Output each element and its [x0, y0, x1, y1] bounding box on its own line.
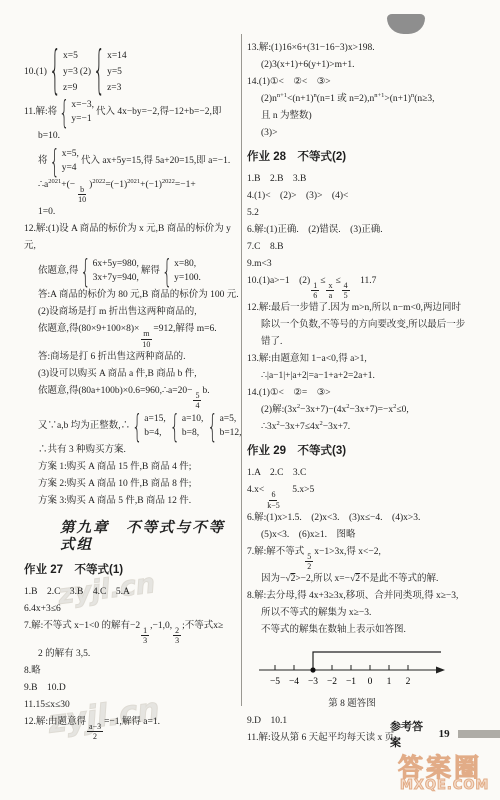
- answer-line: 1.B 2.C 3.B 4.C 5.A: [24, 584, 240, 601]
- answer-line: 7.C 8.B: [247, 239, 493, 256]
- closed-endpoint-dot: [310, 668, 315, 673]
- homework-29-heading: 作业 29 不等式(3): [247, 443, 493, 460]
- answer-line: 错了.: [247, 334, 493, 351]
- page-number: 19: [439, 728, 450, 740]
- tick-label: −4: [289, 677, 299, 687]
- answer-line: (2)3(x+1)+6(y+1)>m+1.: [247, 57, 493, 74]
- homework-28-heading: 作业 28 不等式(2): [247, 149, 493, 166]
- tick-label: 2: [406, 677, 411, 687]
- answer-line: 方案 3:购买 A 商品 5 件,B 商品 12 件.: [24, 493, 240, 510]
- answer-item-12: 12.解:(1)设 A 商品的标价为 x 元,B 商品的标价为 y 元,: [24, 221, 240, 255]
- brace-glyph: {: [132, 409, 142, 443]
- answer-line: 13.解:由题意知 1−a<0,得 a>1,: [247, 351, 493, 368]
- answer-line: 依题意,得(80a+100b)×0.6=960,∴a=20−54b.: [24, 383, 240, 410]
- answer-line: 14.(1)①< ②= ③>: [247, 385, 493, 402]
- equation-system: {x=5y=3z=9: [49, 48, 78, 96]
- brace-glyph: {: [170, 409, 180, 443]
- equation-system: {x=14y=5z=3: [93, 48, 127, 96]
- equation-system: {x=5,y=4: [50, 147, 79, 175]
- footer-bar: [458, 730, 500, 738]
- brace-glyph: {: [162, 254, 172, 288]
- chapter-heading: 第九章 不等式与不等式组: [24, 520, 240, 554]
- tick-label: 1: [387, 677, 392, 687]
- brace-glyph: {: [80, 254, 90, 288]
- answer-item-10: 10.(1) {x=5y=3z=9 (2) {x=14y=5z=3: [24, 48, 240, 96]
- answer-line: 9.m<3: [247, 256, 493, 273]
- answer-line: 1.B 2.B 3.B: [247, 171, 493, 188]
- answer-line: ∴|a−1|+|a+2|=a−1+a+2=2a+1.: [247, 368, 493, 385]
- answer-text: (2): [80, 64, 91, 81]
- brace-glyph: {: [50, 144, 60, 178]
- answer-line: 不等式的解集在数轴上表示如答图.: [247, 622, 493, 639]
- answer-line: 将 {x=5,y=4 代入 ax+5y=15,得 5a+20=15,即 a=−1…: [24, 147, 240, 175]
- answer-text: 将: [38, 153, 48, 170]
- footer-label: 参考答案: [390, 718, 431, 750]
- answer-line: 6.解:(1)正确. (2)错误. (3)正确.: [247, 222, 493, 239]
- answer-line: ∴a2021+(−b10)2022=(−1)2021+(−1)2022=−1+: [24, 177, 240, 204]
- tick-label: −3: [308, 677, 318, 687]
- brace-glyph: {: [93, 49, 105, 95]
- answer-line: 又∵a,b 均为正整数,∴ {a=15,b=4, {a=10,b=8, {a=5…: [24, 412, 240, 440]
- brace-glyph: {: [59, 95, 69, 129]
- answer-line: 答:商场是打 6 折出售这两种商品的.: [24, 349, 240, 366]
- equation-system: {6x+5y=980,3x+7y=940,: [80, 257, 139, 285]
- equation-system: {a=10,b=8,: [170, 412, 204, 440]
- answer-line: 12.解:由题意得a−32=−1,解得 a=1.: [24, 714, 240, 741]
- right-column: 13.解:(1)16×6+(31−16−3)x>198. (2)3(x+1)+6…: [247, 40, 493, 747]
- answer-text: 11.解:将: [24, 104, 57, 121]
- equation-system: {a=15,b=4,: [132, 412, 166, 440]
- answer-line: 方案 1:购买 A 商品 15 件,B 商品 4 件;: [24, 459, 240, 476]
- answer-text: 10.(1): [24, 64, 47, 81]
- numberline-figure: −5 −4 −3 −2 −1 0 1 2: [253, 643, 493, 696]
- answer-line: (2)解:(3x2−3x+7)−(4x2−3x+7)=−x2≤0,: [247, 402, 493, 419]
- answer-line: (5)x<3. (6)x≥1. 图略: [247, 527, 493, 544]
- page-footer: 参考答案 19: [390, 718, 500, 750]
- tick-label: 0: [368, 677, 373, 687]
- brace-glyph: {: [207, 409, 217, 443]
- answer-line: 8.略: [24, 663, 240, 680]
- brace-glyph: {: [49, 49, 61, 95]
- stamp-watermark-site: MXQE.COM: [400, 778, 489, 793]
- answer-item-11: 11.解:将 {x=−3,y=−1 代入 4x−by=−2,得−12+b=−2,…: [24, 98, 240, 126]
- answer-line: (3)>: [247, 125, 493, 142]
- answer-item-13: 13.解:(1)16×6+(31−16−3)x>198.: [247, 40, 493, 57]
- tick-label: −5: [270, 677, 280, 687]
- answer-line: 答:A 商品的标价为 80 元,B 商品的标价为 100 元.: [24, 287, 240, 304]
- answer-line: 10.(1)a>−1 (2)16≤xa≤45 11.7: [247, 273, 493, 300]
- answer-line: 4.x<6k−5 5.x>5: [247, 482, 493, 509]
- answer-line: (2)设商场是打 m 折出售这两种商品的,: [24, 304, 240, 321]
- axis-arrowhead: [436, 667, 445, 674]
- left-column: 10.(1) {x=5y=3z=9 (2) {x=14y=5z=3 11.解:将…: [24, 46, 240, 741]
- answer-line: 1.A 2.C 3.C: [247, 465, 493, 482]
- answer-line: 2 的解有 3,5.: [24, 646, 240, 663]
- answer-line: 8.解:去分母,得 4x+3≥3x,移项、合并同类项,得 x≥−3,: [247, 588, 493, 605]
- equation-system: {x=−3,y=−1: [59, 98, 94, 126]
- answer-line: 12.解:最后一步错了.因为 m>n,所以 n−m<0,两边同时: [247, 300, 493, 317]
- scan-smudge: [387, 14, 425, 34]
- figure-caption: 第 8 题答图: [247, 696, 457, 713]
- answer-line: 依题意,得(80×9+100×8)×m10=912,解得 m=6.: [24, 321, 240, 348]
- answer-text: 又∵a,b 均为正整数,∴: [38, 418, 130, 435]
- tick-label: −1: [346, 677, 356, 687]
- answer-line: 除以一个负数,不等号的方向要改变,所以最后一步: [247, 317, 493, 334]
- answer-line: 依题意,得 {6x+5y=980,3x+7y=940, 解得 {x=80,y=1…: [24, 257, 240, 285]
- scanned-answer-page: zyjl.cn zyjl.cn 答案圈 MXQE.COM 10.(1) {x=5…: [0, 0, 500, 800]
- answer-line: 因为−√2>−2,所以 x=−√2不是此不等式的解.: [247, 571, 493, 588]
- homework-27-heading: 作业 27 不等式(1): [24, 562, 240, 579]
- answer-line: 所以不等式的解集为 x≥−3.: [247, 605, 493, 622]
- answer-line: (2)nn+1<(n+1)n(n=1 或 n=2),nn+1>(n+1)n(n≥…: [247, 91, 493, 108]
- equation-system: {a=5,b=12,: [207, 412, 241, 440]
- answer-line: 6.4x+3≤6: [24, 601, 240, 618]
- answer-text: 依题意,得: [38, 263, 78, 280]
- answer-line: 9.B 10.D: [24, 680, 240, 697]
- tick-label: −2: [327, 677, 337, 687]
- answer-line: (3)设可以购买 A 商品 a 件,B 商品 b 件,: [24, 366, 240, 383]
- answer-line: 1=0.: [24, 204, 240, 221]
- answer-line: 方案 2:购买 A 商品 10 件,B 商品 8 件;: [24, 476, 240, 493]
- answer-text: 解得: [141, 263, 160, 280]
- column-divider: [241, 34, 242, 706]
- answer-text: 代入 4x−by=−2,得−12+b=−2,即: [96, 104, 221, 121]
- answer-line: 7.解:不等式 x−1<0 的解有−213,−1,0,23;不等式x≥: [24, 618, 240, 645]
- answer-line: ∴3x2−3x+7≤4x2−3x+7.: [247, 419, 493, 436]
- answer-line: 4.(1)< (2)> (3)> (4)<: [247, 188, 493, 205]
- answer-line: 7.解:解不等式52x−1>3x,得 x<−2,: [247, 544, 493, 571]
- equation-system: {x=80,y=100.: [162, 257, 201, 285]
- answer-text: 代入 ax+5y=15,得 5a+20=15,即 a=−1.: [81, 153, 230, 170]
- answer-line: 6.解:(1)x>1.5. (2)x<3. (3)x≤−4. (4)x>3.: [247, 510, 493, 527]
- answer-line: 11.15≤x≤30: [24, 697, 240, 714]
- answer-line: 5.2: [247, 205, 493, 222]
- answer-item-14: 14.(1)①< ②< ③>: [247, 74, 493, 91]
- answer-line: 且 n 为整数): [247, 108, 493, 125]
